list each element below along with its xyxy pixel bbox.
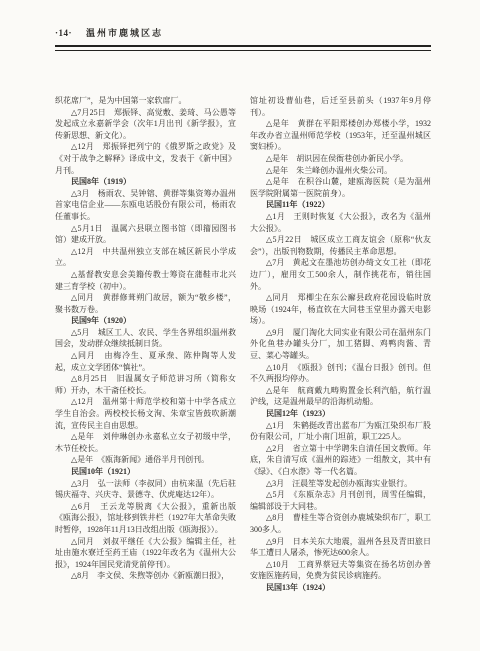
- chronicle-entry: △同月 郑楖尘在东公廨县政府花园设临时放映场（1924年，杨直钦在大同巷玉堂里办…: [250, 292, 431, 327]
- chronicle-entry: △8月25日 旧温属女子师范讲习所（简称女师）开办，木干斋任校长。: [55, 373, 236, 396]
- chronicle-entry: △7月 黄起文在墨池坊创办绮文女工社（即花边厂），雇用女工500余人，制作挑花布…: [250, 257, 431, 292]
- chronicle-entry: △9月 日本关东大地震，温州各县及青田旅日华工遭日人屠杀，惨死达600余人。: [250, 536, 431, 559]
- chronicle-entry: △5月22日 城区成立工商友谊会（原称“伙友会”），出版刊物数期，传播民主革命思…: [250, 234, 431, 257]
- chronicle-entry: △8月 李文侯、朱煦等创办《新瓯潮日报》，: [55, 570, 236, 582]
- chronicle-entry: △12月 温州第十师范学校和第十中学各成立学生自治会。两校校长杨文洵、朱章宝皆鼓…: [55, 396, 236, 431]
- year-heading: 民国10年（1921）: [55, 466, 236, 478]
- year-heading: 民国8年（1919）: [55, 176, 236, 188]
- chronicle-entry: △是年 《瓯海新闻》通俗半月刊创刊。: [55, 454, 236, 466]
- running-head: ·14· 温州市鹿城区志: [55, 26, 431, 39]
- chronicle-entry: △是年 航商戴九畴购置金长利汽船，航行温沪线，这是温州最早的沿海机动船。: [250, 385, 431, 408]
- chronicle-entry: △1月 朱鹤挺改青出蓝布厂为瓯江染织布厂股份有限公司，厂址小南门坦前，职工225…: [250, 420, 431, 443]
- chronicle-entry: 馆址初设曹仙巷，后迁至县前头（1937年9月停刊）。: [250, 95, 431, 118]
- book-title: 温州市鹿城区志: [86, 26, 163, 39]
- left-column: 织花席厂”，是为中国第一家软席厂。△7月25日 郑振铎、高觉敷、姜琦、马公愚等发…: [55, 95, 236, 594]
- chronicle-entry: △10月 工商界蔡冠夫等集资在扬名坊创办普安施医施药局，免费为贫民诊病施药。: [250, 559, 431, 582]
- header-rule: [55, 45, 431, 51]
- text-columns: 织花席厂”，是为中国第一家软席厂。△7月25日 郑振铎、高觉敷、姜琦、马公愚等发…: [55, 95, 431, 594]
- chronicle-entry: △12月 郑振铎把列宁的《俄罗斯之政党》及《对于战争之解释》译成中文，发表于《新…: [55, 141, 236, 176]
- chronicle-entry: △10月 《瓯报》创刊；《温台日报》创刊。但不久两报均停办。: [250, 362, 431, 385]
- chronicle-entry: △8月 曹桂生等合资创办鹿城染织布厂，职工300多人。: [250, 512, 431, 535]
- chronicle-entry: △同月 黄群修葺朔门故居，额为“敬乡楼”，聚书数万卷。: [55, 292, 236, 315]
- chronicle-entry: △是年 朱兰峰创办温州火柴公司。: [250, 165, 431, 177]
- chronicle-entry: △同月 刘叔平继任《大公报》编辑主任，社址由施水寮迁至药王庙（1922年改名为《…: [55, 536, 236, 571]
- chronicle-entry: △3月 杨雨农、吴钟镕、黄群等集资筹办温州首家电信企业——东瓯电话股份有限公司，…: [55, 188, 236, 223]
- chronicle-entry: △是年 刘仲琳创办永嘉私立女子初级中学，木节任校长。: [55, 431, 236, 454]
- chronicle-entry: △12月 中共温州独立支部在城区新民小学成立。: [55, 246, 236, 269]
- chronicle-entry: △5月1日 温属六县联立图书馆（即籀园图书馆）建成开放。: [55, 223, 236, 246]
- page-number: ·14·: [55, 28, 72, 38]
- chronicle-entry: △5月 《东瓯杂志》月刊创刊，周雪任编辑，编辑部设于大同巷。: [250, 489, 431, 512]
- chronicle-entry: △基督教安息会美籍传教士筹资在蒲鞋市北兴建三育学校（初中）。: [55, 269, 236, 292]
- chronicle-entry: △9月 厦门淘化大同实业有限公司在温州东门外化鱼巷办罐头分厂，加工猪脚、鸡鸭肉酱…: [250, 327, 431, 362]
- chronicle-entry: △3月 汪晨笙等发起创办瓯海实业银行。: [250, 478, 431, 490]
- chronicle-entry: △1月 王则时恢复《大公报》，改名为《温州大公报》。: [250, 211, 431, 234]
- chronicle-entry: △同月 由梅冷生、夏承焘、陈仲陶等人发起，成立文学团体“慎社”。: [55, 350, 236, 373]
- chronicle-entry: △是年 黄群在平阳郑楼创办郑楼小学，1932年改办省立温州师范学校（1953年，…: [250, 118, 431, 153]
- chronicle-entry: △2月 省立第十中学聘朱自清任国文教师。年底，朱自清写成《温州的踪迹》一组散文，…: [250, 443, 431, 478]
- chronicle-entry: △是年 胡识因在侯衙巷创办新民小学。: [250, 153, 431, 165]
- chronicle-entry: △是年 在积谷山麓，建瓯海医院（是为温州医学院附属第一医院前身）。: [250, 176, 431, 199]
- chronicle-entry: △3月 弘一法师（李叔同）由杭来温（先后驻锡庆福寺、兴庆寺、景德寺、伏虎庵达12…: [55, 478, 236, 501]
- year-heading: 民国9年（1920）: [55, 315, 236, 327]
- year-heading: 民国11年（1922）: [250, 199, 431, 211]
- chronicle-entry: △7月25日 郑振铎、高觉敷、姜琦、马公愚等发起成立永嘉新学会（次年1月出刊《新…: [55, 107, 236, 142]
- year-heading: 民国13年（1924）: [250, 582, 431, 594]
- chronicle-entry: △6月 王云龙等脱离《大公报》，重新出版《瓯海公报》，馆址移到铁井栏（1927年…: [55, 501, 236, 536]
- gazetteer-page: ·14· 温州市鹿城区志 织花席厂”，是为中国第一家软席厂。△7月25日 郑振铎…: [0, 0, 480, 651]
- right-column: 馆址初设曹仙巷，后迁至县前头（1937年9月停刊）。△是年 黄群在平阳郑楼创办郑…: [250, 95, 431, 594]
- chronicle-entry: 织花席厂”，是为中国第一家软席厂。: [55, 95, 236, 107]
- year-heading: 民国12年（1923）: [250, 408, 431, 420]
- chronicle-entry: △5月 城区工人、农民、学生各界组织温州救国会，发动群众继续抵制日货。: [55, 327, 236, 350]
